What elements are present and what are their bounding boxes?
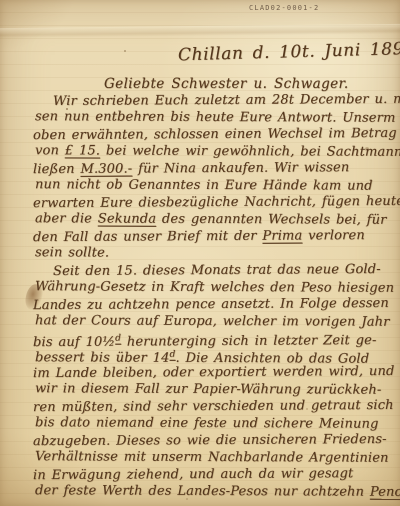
letter-dateline: Chillan d. 10t. Juni 1895.: [178, 39, 400, 66]
letter-line: bis auf 10½d herunterging sich in letzte…: [33, 329, 400, 348]
letter-line: der feste Werth des Landes-Pesos nur ach…: [35, 482, 400, 501]
text-segment: bis dato niemand eine feste und sichere …: [35, 415, 379, 431]
letter-line: Landes zu achtzehn pence ansetzt. In Fol…: [33, 295, 400, 314]
text-segment: Verhältnisse mit unserm Nachbarlande Arg…: [35, 449, 389, 466]
text-segment: für Nina ankaufen. Wir wissen: [132, 160, 349, 176]
text-segment: aber die: [35, 211, 98, 226]
underlined-text: Pence: [370, 485, 400, 500]
text-segment: bei welche wir gewöhnlich, bei Sachtmann: [100, 143, 400, 159]
underlined-text: M.300.-: [80, 162, 132, 177]
letter-line: Seit den 15. dieses Monats trat das neue…: [33, 261, 400, 280]
letter-line: im Lande bleiben, oder exportiert werden…: [33, 363, 400, 382]
text-segment: Wir schrieben Euch zuletzt am 28t Decemb…: [53, 92, 400, 109]
letter-line: ließen M.300.- für Nina ankaufen. Wir wi…: [33, 159, 400, 178]
letter-line: den Fall das unser Brief mit der Prima v…: [33, 227, 400, 246]
letter-line: abzugeben. Dieses so wie die unsicheren …: [33, 431, 400, 450]
text-segment: in Erwägung ziehend, und auch da wir ges…: [33, 466, 353, 483]
text-segment: im Lande bleiben, oder exportiert werden…: [33, 364, 395, 381]
text-segment: der feste Werth des Landes-Pesos nur ach…: [35, 483, 370, 499]
text-segment: wir in diesem Fall zur Papier-Währung zu…: [35, 381, 382, 398]
text-segment: Landes zu achtzehn pence ansetzt. In Fol…: [33, 296, 389, 313]
letter-line: bessert bis über 14d. Die Ansichten ob d…: [35, 346, 400, 365]
paper-crease: [0, 24, 400, 38]
text-segment: oben erwähnten, schlossen einen Wechsel …: [33, 126, 397, 143]
text-segment: den Fall das unser Brief mit der: [33, 229, 262, 245]
underlined-text: Prima: [262, 228, 302, 243]
letter-line: wir in diesem Fall zur Papier-Währung zu…: [35, 380, 400, 399]
letter-line: Verhältnisse mit unserm Nachbarlande Arg…: [35, 448, 400, 467]
text-segment: von: [35, 143, 65, 158]
underlined-text: Sekunda: [98, 211, 156, 226]
letter-line: erwarten Eure diesbezügliche Nachricht, …: [33, 193, 400, 212]
text-segment: nun nicht ob Genanntes in Eure Hände kam…: [35, 177, 373, 193]
text-segment: ließen: [33, 162, 81, 177]
text-segment: verloren: [302, 228, 365, 243]
letter-body: Wir schrieben Euch zuletzt am 28t Decemb…: [33, 92, 400, 500]
text-segment: hat der Cours auf Europa, welcher im vor…: [35, 313, 390, 330]
text-segment: sein sollte.: [35, 245, 109, 260]
letter-line: Wir schrieben Euch zuletzt am 28t Decemb…: [33, 91, 400, 110]
text-segment: des genannten Wechsels bei, für: [156, 212, 386, 228]
text-segment: Währung-Gesetz in Kraft welches den Peso…: [35, 279, 394, 296]
letter-line: oben erwähnten, schlossen einen Wechsel …: [33, 125, 400, 144]
letter-line: Währung-Gesetz in Kraft welches den Peso…: [35, 278, 400, 297]
archive-reference-stamp: CLAD02-0001-2: [249, 4, 319, 12]
letter-line: sein sollte.: [35, 244, 400, 263]
letter-line: bis dato niemand eine feste und sichere …: [35, 414, 400, 433]
letter-line: ren müßten, sind sehr verschieden und ge…: [33, 397, 400, 416]
text-segment: abzugeben. Dieses so wie die unsicheren …: [33, 432, 387, 449]
letter-line: in Erwägung ziehend, und auch da wir ges…: [33, 465, 400, 484]
letter-line: von £ 15. bei welche wir gewöhnlich, bei…: [35, 142, 400, 161]
text-segment: ren müßten, sind sehr verschieden und ge…: [33, 398, 394, 415]
text-segment: erwarten Eure diesbezügliche Nachricht, …: [33, 194, 400, 211]
letter-line: aber die Sekunda des genannten Wechsels …: [35, 210, 400, 229]
letter-line: hat der Cours auf Europa, welcher im vor…: [35, 312, 400, 331]
underlined-text: £ 15.: [65, 143, 100, 158]
letter-line: nun nicht ob Genanntes in Eure Hände kam…: [35, 176, 400, 195]
text-segment: Seit den 15. dieses Monats trat das neue…: [53, 262, 381, 279]
letter-scan: CLAD02-0001-2 Chillan d. 10t. Juni 1895.…: [0, 0, 400, 506]
letter-line: sen nun entbehren bis heute Eure Antwort…: [35, 108, 400, 127]
letter-salutation: Geliebte Schwester u. Schwager.: [104, 76, 349, 92]
text-segment: sen nun entbehren bis heute Eure Antwort…: [35, 109, 396, 126]
